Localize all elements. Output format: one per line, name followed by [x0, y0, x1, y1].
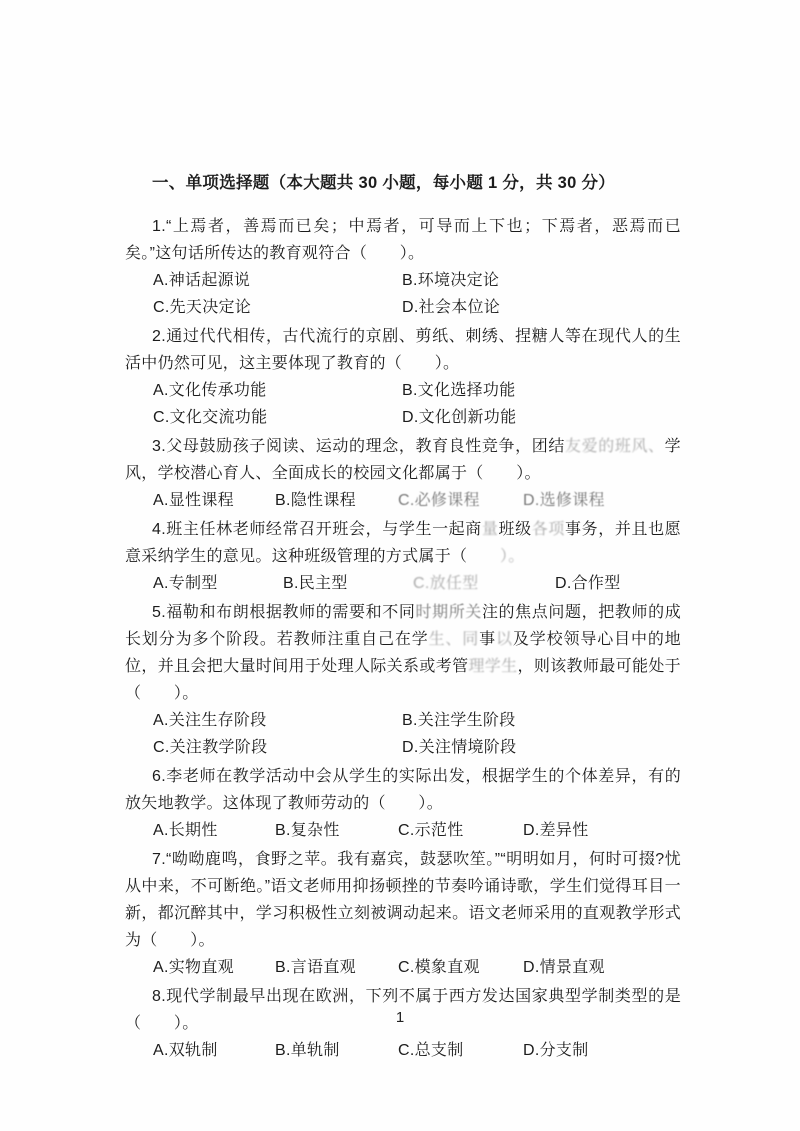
option-b: B.文化选择功能 [402, 377, 681, 404]
question-2: 2.通过代代相传，古代流行的京剧、剪纸、刺绣、捏糖人等在现代人的生活中仍然可见，… [125, 323, 681, 431]
stem-segment-smudged: 以 [496, 631, 513, 648]
question-4-options: A.专制型 B.民主型 C.放任型 D.合作型 [125, 570, 681, 597]
option-a: A.专制型 [153, 570, 283, 597]
option-d: D.选修课程 [523, 487, 681, 514]
question-5-options: A.关注生存阶段 B.关注学生阶段 C.关注教学阶段 D.关注情境阶段 [125, 707, 681, 761]
option-b: B.环境决定论 [402, 267, 681, 294]
option-b: B.隐性课程 [275, 487, 398, 514]
option-a: A.显性课程 [153, 487, 275, 514]
stem-segment-smudged: 量 [482, 521, 499, 538]
question-3-stem: 3.父母鼓励孩子阅读、运动的理念，教育良性竞争，团结友爱的班风、学风，学校潜心育… [125, 433, 681, 487]
question-5-stem: 5.福勒和布朗根据教师的需要和不同时期所关注的焦点问题，把教师的成长划分为多个阶… [125, 599, 681, 707]
stem-segment-smudged: 友爱的班风、 [565, 438, 665, 455]
option-c: C.模象直观 [398, 954, 523, 981]
option-b: B.单轨制 [275, 1037, 398, 1064]
option-c: C.先天决定论 [153, 294, 402, 321]
option-d: D.情景直观 [523, 954, 681, 981]
option-a: A.实物直观 [153, 954, 275, 981]
option-d: D.差异性 [523, 817, 681, 844]
question-6: 6.李老师在教学活动中会从学生的实际出发，根据学生的个体差异，有的放矢地教学。这… [125, 763, 681, 844]
stem-segment: 事 [479, 631, 496, 648]
question-4-stem: 4.班主任林老师经常召开班会，与学生一起商量班级各项事务，并且也愿意采纳学生的意… [125, 516, 681, 570]
option-c: C.示范性 [398, 817, 523, 844]
stem-segment-smudged: ）。 [500, 548, 525, 565]
question-3-options: A.显性课程 B.隐性课程 C.必修课程 D.选修课程 [125, 487, 681, 514]
question-7-stem: 7.“呦呦鹿鸣，食野之苹。我有嘉宾，鼓瑟吹笙。”“明明如月，何时可掇?忧从中来，… [125, 846, 681, 954]
question-5: 5.福勒和布朗根据教师的需要和不同时期所关注的焦点问题，把教师的成长划分为多个阶… [125, 599, 681, 761]
option-c: C.关注教学阶段 [153, 734, 402, 761]
stem-segment: 3.父母鼓励孩子阅读、运动的理念，教育良性竞争，团结 [152, 438, 565, 455]
stem-segment-smudged: 理学生 [468, 658, 517, 675]
question-8-options: A.双轨制 B.单轨制 C.总支制 D.分支制 [125, 1037, 681, 1064]
question-3: 3.父母鼓励孩子阅读、运动的理念，教育良性竞争，团结友爱的班风、学风，学校潜心育… [125, 433, 681, 514]
question-1: 1.“上焉者，善焉而已矣；中焉者，可导而上下也；下焉者，恶焉而已矣。”这句话所传… [125, 213, 681, 321]
option-d: D.关注情境阶段 [402, 734, 681, 761]
option-a: A.关注生存阶段 [153, 707, 402, 734]
question-7-options: A.实物直观 B.言语直观 C.模象直观 D.情景直观 [125, 954, 681, 981]
question-1-options: A.神话起源说 B.环境决定论 C.先天决定论 D.社会本位论 [125, 267, 681, 321]
stem-segment: 5.福勒和布朗根据教师的需要和不同 [152, 604, 415, 621]
option-a: A.长期性 [153, 817, 275, 844]
stem-segment-smudged: 时期所关 [415, 604, 481, 621]
option-d: D.分支制 [523, 1037, 681, 1064]
question-4: 4.班主任林老师经常召开班会，与学生一起商量班级各项事务，并且也愿意采纳学生的意… [125, 516, 681, 597]
stem-segment-smudged: 各项 [532, 521, 565, 538]
stem-segment: 4.班主任林老师经常召开班会，与学生一起商 [152, 521, 482, 538]
question-1-stem: 1.“上焉者，善焉而已矣；中焉者，可导而上下也；下焉者，恶焉而已矣。”这句话所传… [125, 213, 681, 267]
option-d: D.文化创新功能 [402, 404, 681, 431]
section-heading: 一、单项选择题（本大题共 30 小题，每小题 1 分，共 30 分） [125, 170, 681, 197]
question-7: 7.“呦呦鹿鸣，食野之苹。我有嘉宾，鼓瑟吹笙。”“明明如月，何时可掇?忧从中来，… [125, 846, 681, 981]
question-6-options: A.长期性 B.复杂性 C.示范性 D.差异性 [125, 817, 681, 844]
stem-segment-smudged: 生、同 [429, 631, 480, 648]
option-c: C.文化交流功能 [153, 404, 402, 431]
question-2-options: A.文化传承功能 B.文化选择功能 C.文化交流功能 D.文化创新功能 [125, 377, 681, 431]
option-b: B.复杂性 [275, 817, 398, 844]
option-d: D.社会本位论 [402, 294, 681, 321]
option-d: D.合作型 [555, 570, 681, 597]
stem-segment: 7.“呦呦鹿鸣，食野之苹。我有嘉宾，鼓瑟吹笙。”“明明如月，何时可掇?忧从中来，… [125, 851, 681, 949]
question-6-stem: 6.李老师在教学活动中会从学生的实际出发，根据学生的个体差异，有的放矢地教学。这… [125, 763, 681, 817]
option-b: B.关注学生阶段 [402, 707, 681, 734]
option-a: A.神话起源说 [153, 267, 402, 294]
question-2-stem: 2.通过代代相传，古代流行的京剧、剪纸、刺绣、捏糖人等在现代人的生活中仍然可见，… [125, 323, 681, 377]
option-b: B.民主型 [283, 570, 413, 597]
option-b: B.言语直观 [275, 954, 398, 981]
page-number: 1 [0, 1004, 800, 1031]
stem-segment: 2.通过代代相传，古代流行的京剧、剪纸、刺绣、捏糖人等在现代人的生活中仍然可见，… [125, 328, 681, 372]
exam-content: 一、单项选择题（本大题共 30 小题，每小题 1 分，共 30 分） 1.“上焉… [125, 170, 681, 1064]
option-a: A.双轨制 [153, 1037, 275, 1064]
option-a: A.文化传承功能 [153, 377, 402, 404]
stem-segment: 班级 [499, 521, 532, 538]
stem-segment: 1.“上焉者，善焉而已矣；中焉者，可导而上下也；下焉者，恶焉而已矣。”这句话所传… [125, 218, 681, 262]
option-c: C.总支制 [398, 1037, 523, 1064]
exam-page: 一、单项选择题（本大题共 30 小题，每小题 1 分，共 30 分） 1.“上焉… [0, 0, 800, 1131]
option-c: C.必修课程 [398, 487, 523, 514]
stem-segment: 6.李老师在教学活动中会从学生的实际出发，根据学生的个体差异，有的放矢地教学。这… [125, 768, 681, 812]
option-c: C.放任型 [413, 570, 555, 597]
